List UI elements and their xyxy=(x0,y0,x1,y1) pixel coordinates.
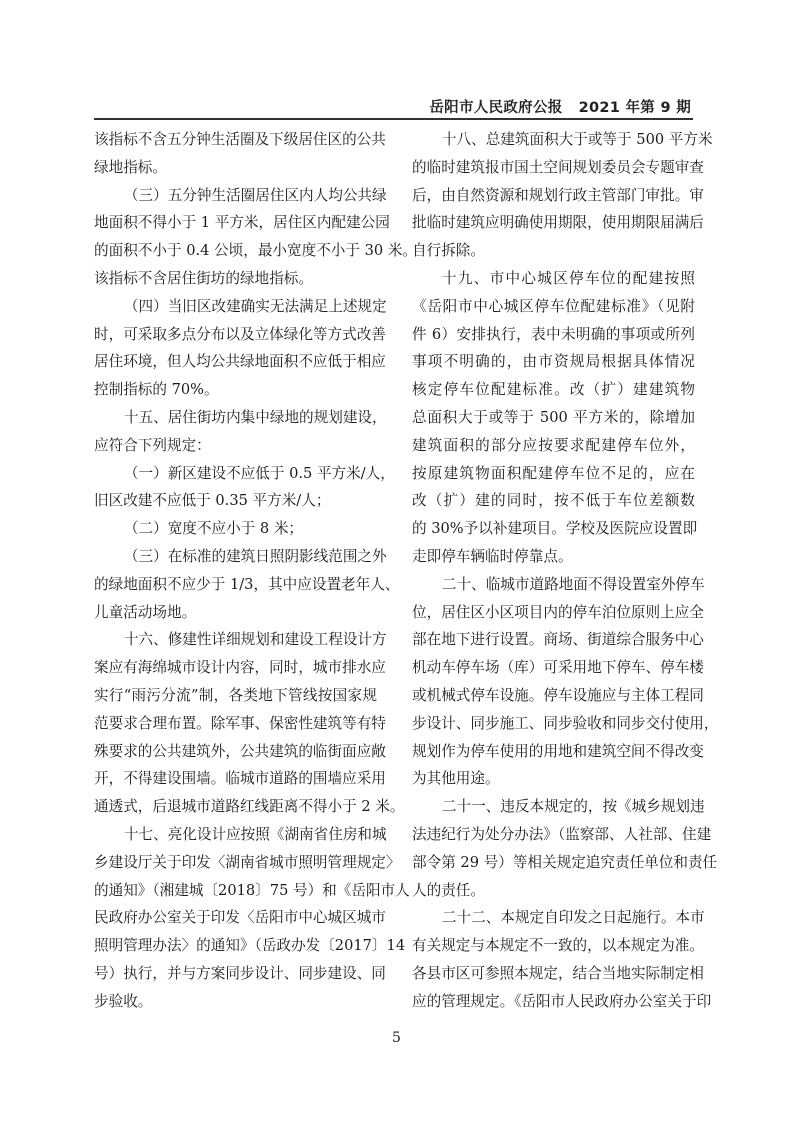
text-line: 自行拆除。 xyxy=(412,237,695,265)
text-line: 二十二、本规定自印发之日起施行。本市 xyxy=(412,904,695,932)
text-line: 或机械式停车设施。停车设施应与主体工程同 xyxy=(412,682,695,710)
text-line: 号）执行，并与方案同步设计、同步建设、同 xyxy=(94,960,377,988)
text-line: 位，居住区小区项目内的停车泊位原则上应全 xyxy=(412,599,695,627)
text-line: 的 30%予以补建项目。学校及医院应设置即 xyxy=(412,515,695,543)
text-line: 乡建设厅关于印发〈湖南省城市照明管理规定〉 xyxy=(94,849,377,877)
page-header: 岳阳市人民政府公报 2021 年第 9 期 xyxy=(94,94,693,120)
text-line: 核定停车位配建标准。改（扩）建建筑物 xyxy=(412,376,695,404)
text-line: 步验收。 xyxy=(94,988,377,1016)
text-line: 实行“雨污分流”制，各类地下管线按国家规 xyxy=(94,682,377,710)
text-line: 有关规定与本规定不一致的，以本规定为准。 xyxy=(412,932,695,960)
text-line: 走即停车辆临时停靠点。 xyxy=(412,543,695,571)
text-line: 居住环境，但人均公共绿地面积不应低于相应 xyxy=(94,348,377,376)
text-line: 总面积大于或等于 500 平方米的，除增加 xyxy=(412,404,695,432)
text-line: 部在地下进行设置。商场、街道综合服务中心 xyxy=(412,626,695,654)
text-line: 地面积不得小于 1 平方米，居住区内配建公园 xyxy=(94,209,377,237)
text-line: 该指标不含居住街坊的绿地指标。 xyxy=(94,265,377,293)
text-line: 的临时建筑报市国土空间规划委员会专题审查 xyxy=(412,154,695,182)
text-line: 照明管理办法〉的通知》（岳政办发〔2017〕14 xyxy=(94,932,377,960)
text-line: （一）新区建设不应低于 0.5 平方米/人， xyxy=(94,460,377,488)
text-line: 法违纪行为处分办法》（监察部、人社部、住建 xyxy=(412,821,695,849)
text-line: （二）宽度不应小于 8 米； xyxy=(94,515,377,543)
text-line: （三）在标准的建筑日照阴影线范围之外 xyxy=(94,543,377,571)
text-line: 该指标不含五分钟生活圈及下级居住区的公共 xyxy=(94,126,377,154)
text-line: 件 6）安排执行，表中未明确的事项或所列 xyxy=(412,321,695,349)
text-line: 十九、市中心城区停车位的配建按照 xyxy=(412,265,695,293)
text-line: （四）当旧区改建确实无法满足上述规定 xyxy=(94,293,377,321)
text-line: 《岳阳市中心城区停车位配建标准》（见附 xyxy=(412,293,695,321)
text-line: 步设计、同步施工、同步验收和同步交付使用， xyxy=(412,710,695,738)
text-line: 按原建筑物面积配建停车位不足的，应在 xyxy=(412,460,695,488)
text-line: 开，不得建设围墙。临城市道路的围墙应采用 xyxy=(94,765,377,793)
text-line: （三）五分钟生活圈居住区内人均公共绿 xyxy=(94,182,377,210)
text-line: 规划作为停车使用的用地和建筑空间不得改变 xyxy=(412,738,695,766)
page-number: 5 xyxy=(0,1030,793,1046)
text-line: 控制指标的 70%。 xyxy=(94,376,377,404)
text-line: 建筑面积的部分应按要求配建停车位外， xyxy=(412,432,695,460)
left-column: 该指标不含五分钟生活圈及下级居住区的公共绿地指标。（三）五分钟生活圈居住区内人均… xyxy=(94,126,377,1016)
text-line: 十六、修建性详细规划和建设工程设计方 xyxy=(94,626,377,654)
text-line: 的绿地面积不应少于 1/3，其中应设置老年人、 xyxy=(94,571,377,599)
text-line: 十八、总建筑面积大于或等于 500 平方米 xyxy=(412,126,695,154)
text-line: 时，可采取多点分布以及立体绿化等方式改善 xyxy=(94,321,377,349)
text-line: 各县市区可参照本规定，结合当地实际制定相 xyxy=(412,960,695,988)
text-line: 十七、亮化设计应按照《湖南省住房和城 xyxy=(94,821,377,849)
text-line: 应的管理规定。《岳阳市人民政府办公室关于印 xyxy=(412,988,695,1016)
text-line: 绿地指标。 xyxy=(94,154,377,182)
text-line: 二十、临城市道路地面不得设置室外停车 xyxy=(412,571,695,599)
text-line: 范要求合理布置。除军事、保密性建筑等有特 xyxy=(94,710,377,738)
text-line: 部令第 29 号）等相关规定追究责任单位和责任 xyxy=(412,849,695,877)
text-line: 后，由自然资源和规划行政主管部门审批。审 xyxy=(412,182,695,210)
text-line: 机动车停车场（库）可采用地下停车、停车楼 xyxy=(412,654,695,682)
text-line: 殊要求的公共建筑外，公共建筑的临街面应敞 xyxy=(94,738,377,766)
text-line: 事项不明确的，由市资规局根据具体情况 xyxy=(412,348,695,376)
text-line: 应符合下列规定： xyxy=(94,432,377,460)
text-line: 二十一、违反本规定的，按《城乡规划违 xyxy=(412,793,695,821)
text-line: 的通知》（湘建城〔2018〕75 号）和《岳阳市人 xyxy=(94,877,377,905)
text-line: 儿童活动场地。 xyxy=(94,599,377,627)
text-line: 人的责任。 xyxy=(412,877,695,905)
text-line: 改（扩）建的同时，按不低于车位差额数 xyxy=(412,487,695,515)
text-line: 十五、居住街坊内集中绿地的规划建设， xyxy=(94,404,377,432)
text-line: 民政府办公室关于印发〈岳阳市中心城区城市 xyxy=(94,904,377,932)
publication-title: 岳阳市人民政府公报 2021 年第 9 期 xyxy=(429,96,691,117)
text-line: 为其他用途。 xyxy=(412,765,695,793)
text-line: 的面积不小于 0.4 公顷，最小宽度不小于 30 米。 xyxy=(94,237,377,265)
text-line: 旧区改建不应低于 0.35 平方米/人； xyxy=(94,487,377,515)
text-line: 通透式，后退城市道路红线距离不得小于 2 米。 xyxy=(94,793,377,821)
text-line: 批临时建筑应明确使用期限，使用期限届满后 xyxy=(412,209,695,237)
right-column: 十八、总建筑面积大于或等于 500 平方米的临时建筑报市国土空间规划委员会专题审… xyxy=(412,126,695,1016)
text-line: 案应有海绵城市设计内容，同时，城市排水应 xyxy=(94,654,377,682)
